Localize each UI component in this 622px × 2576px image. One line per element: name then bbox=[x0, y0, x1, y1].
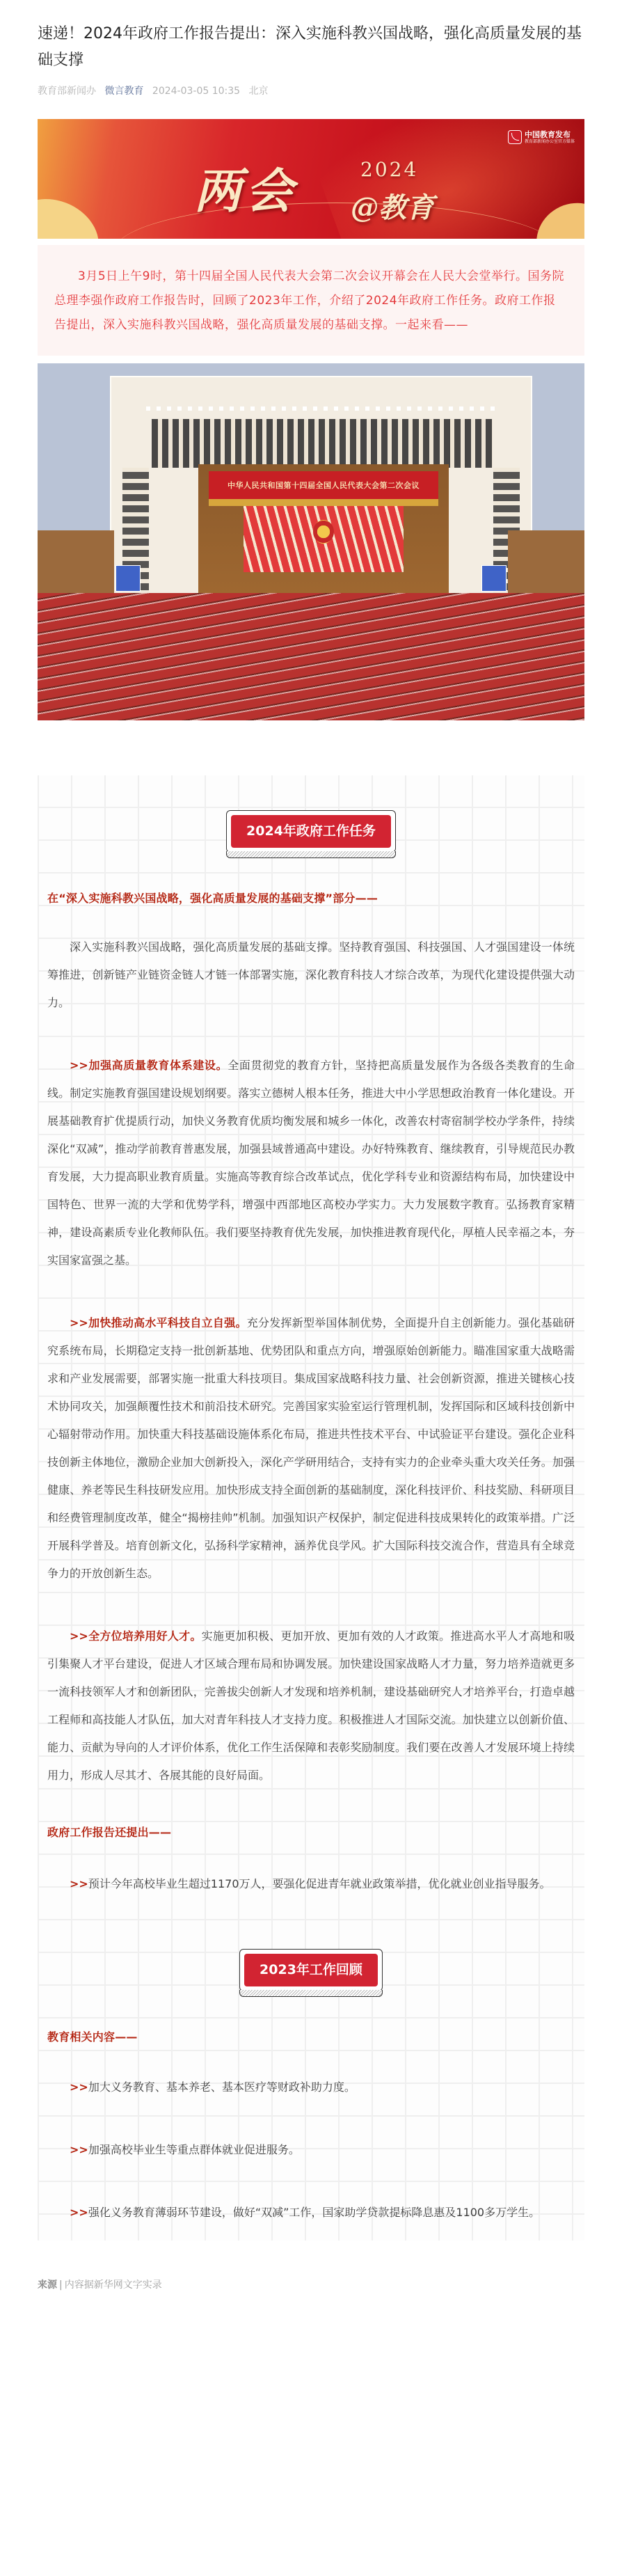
paragraph-text: 实施更加积极、更加开放、更加有效的人才政策。推进高水平人才高地和吸引集聚人才平台… bbox=[47, 1629, 575, 1782]
subheading-education-related: 教育相关内容—— bbox=[47, 2028, 575, 2047]
paragraph-employment: >>预计今年高校毕业生超过1170万人，要强化促进青年就业政策举措，优化就业创业… bbox=[47, 1870, 575, 1898]
section-header-2023: 2023年工作回顾 bbox=[47, 1938, 575, 1991]
photo-ceiling bbox=[152, 419, 493, 468]
banner-main-text: 两会 bbox=[194, 154, 297, 221]
list-item-text: 加大义务教育、基本养老、基本医疗等财政补助力度。 bbox=[88, 2080, 356, 2094]
photo-stage-banner: 中华人民共和国第十四届全国人民代表大会第二次会议 bbox=[209, 471, 438, 499]
paragraph-text: 充分发挥新型举国体制优势，全面提升自主创新能力。强化基础研究系统布局，长期稳定支… bbox=[47, 1316, 575, 1580]
content-grid-section: 2024年政府工作任务 在“深入实施科教兴国战略，强化高质量发展的基础支撑”部分… bbox=[38, 775, 584, 2241]
paragraph-lead: 加强高质量教育体系建设。 bbox=[88, 1059, 228, 1072]
chevron-right-icon: >> bbox=[70, 1059, 88, 1072]
national-emblem-icon bbox=[313, 520, 334, 544]
intro-text: 3月5日上午9时，第十四届全国人民代表大会第二次会议开幕会在人民大会堂举行。国务… bbox=[54, 264, 568, 338]
article-page: 速递！2024年政府工作报告提出：深入实施科教兴国战略，强化高质量发展的基础支撑… bbox=[0, 0, 622, 2321]
paragraph-text: 深入实施科教兴国战略，强化高质量发展的基础支撑。坚持教育强国、科技强国、人才强国… bbox=[47, 940, 575, 1009]
publisher-logo: 中国教育发布 教育部新闻办公室官方媒体 bbox=[508, 130, 575, 144]
subheading-also-proposed: 政府工作报告还提出—— bbox=[47, 1823, 575, 1842]
logo-line-1: 中国教育发布 bbox=[525, 131, 575, 139]
dandelion-logo-icon bbox=[508, 130, 522, 144]
chevron-right-icon: >> bbox=[70, 2080, 88, 2094]
intro-box: 3月5日上午9时，第十四届全国人民代表大会第二次会议开幕会在人民大会堂举行。国务… bbox=[38, 245, 584, 356]
author: 教育部新闻办 bbox=[38, 86, 96, 97]
subheading-strategy: 在“深入实施科教兴国战略，强化高质量发展的基础支撑”部分—— bbox=[47, 889, 575, 908]
list-item-text: 强化义务教育薄弱环节建设，做好“双减”工作，国家助学贷款提标降息惠及1100多万… bbox=[88, 2206, 540, 2219]
header-banner-image: 两会 2024 @教育 中国教育发布 教育部新闻办公室官方媒体 bbox=[38, 119, 584, 239]
article-title: 速递！2024年政府工作报告提出：深入实施科教兴国战略，强化高质量发展的基础支撑 bbox=[38, 0, 584, 74]
great-hall-photo: 中华人民共和国第十四届全国人民代表大会第二次会议 bbox=[38, 363, 584, 720]
paragraph-text: 全面贯彻党的教育方针，坚持把高质量发展作为各级各类教育的生命线。制定实施教育强国… bbox=[47, 1059, 575, 1267]
list-item-compulsory-education: >>强化义务教育薄弱环节建设，做好“双减”工作，国家助学贷款提标降息惠及1100… bbox=[47, 2199, 575, 2227]
location: 北京 bbox=[249, 86, 269, 97]
source-separator: | bbox=[59, 2279, 63, 2291]
paragraph-science-tech: >>加快推动高水平科技自立自强。充分发挥新型举国体制优势，全面提升自主创新能力。… bbox=[47, 1309, 575, 1588]
chevron-right-icon: >> bbox=[70, 1316, 88, 1329]
banner-sub-text: @教育 bbox=[351, 186, 434, 226]
paragraph-lead: 全方位培养用好人才。 bbox=[88, 1629, 202, 1643]
banner-year: 2024 bbox=[360, 158, 418, 181]
photo-ceiling-lights bbox=[146, 406, 501, 411]
section-badge-label: 2023年工作回顾 bbox=[244, 1954, 378, 1986]
paragraph-intro: 深入实施科教兴国战略，强化高质量发展的基础支撑。坚持教育强国、科技强国、人才强国… bbox=[47, 933, 575, 1017]
publish-time: 2024-03-05 10:35 bbox=[152, 86, 240, 97]
article-meta: 教育部新闻办 微言教育 2024-03-05 10:35 北京 bbox=[38, 84, 584, 99]
section-header-2024: 2024年政府工作任务 bbox=[47, 800, 575, 853]
source-text: 内容据新华网文字实录 bbox=[65, 2279, 162, 2291]
list-item-text: 加强高校毕业生等重点群体就业促进服务。 bbox=[88, 2143, 300, 2156]
logo-line-2: 教育部新闻办公室官方媒体 bbox=[525, 140, 575, 144]
chevron-right-icon: >> bbox=[70, 2206, 88, 2219]
list-item-fiscal-subsidy: >>加大义务教育、基本养老、基本医疗等财政补助力度。 bbox=[47, 2073, 575, 2101]
section-badge-2024: 2024年政府工作任务 bbox=[226, 810, 396, 853]
paragraph-education-system: >>加强高质量教育体系建设。全面贯彻党的教育方针，坚持把高质量发展作为各级各类教… bbox=[47, 1052, 575, 1274]
paragraph-lead: 加快推动高水平科技自立自强。 bbox=[88, 1316, 247, 1329]
account-link[interactable]: 微言教育 bbox=[104, 86, 143, 97]
bottom-spacer bbox=[38, 2293, 584, 2321]
photo-screen-right bbox=[481, 565, 507, 592]
chevron-right-icon: >> bbox=[70, 1629, 88, 1643]
section-badge-label: 2024年政府工作任务 bbox=[231, 815, 391, 848]
photo-audience-seating bbox=[38, 593, 584, 720]
source-label: 来源 bbox=[38, 2279, 57, 2291]
photo-valance bbox=[209, 499, 438, 506]
paragraph-talent: >>全方位培养用好人才。实施更加积极、更加开放、更加有效的人才政策。推进高水平人… bbox=[47, 1622, 575, 1789]
source-note: 来源|内容据新华网文字实录 bbox=[38, 2277, 584, 2293]
paragraph-text: 预计今年高校毕业生超过1170万人，要强化促进青年就业政策举措，优化就业创业指导… bbox=[88, 1877, 551, 1890]
photo-screen-left bbox=[115, 565, 141, 592]
banner-wave-left bbox=[38, 185, 111, 239]
list-item-graduate-employment: >>加强高校毕业生等重点群体就业促进服务。 bbox=[47, 2136, 575, 2164]
chevron-right-icon: >> bbox=[70, 1877, 88, 1890]
section-badge-2023: 2023年工作回顾 bbox=[239, 1949, 383, 1991]
chevron-right-icon: >> bbox=[70, 2143, 88, 2156]
